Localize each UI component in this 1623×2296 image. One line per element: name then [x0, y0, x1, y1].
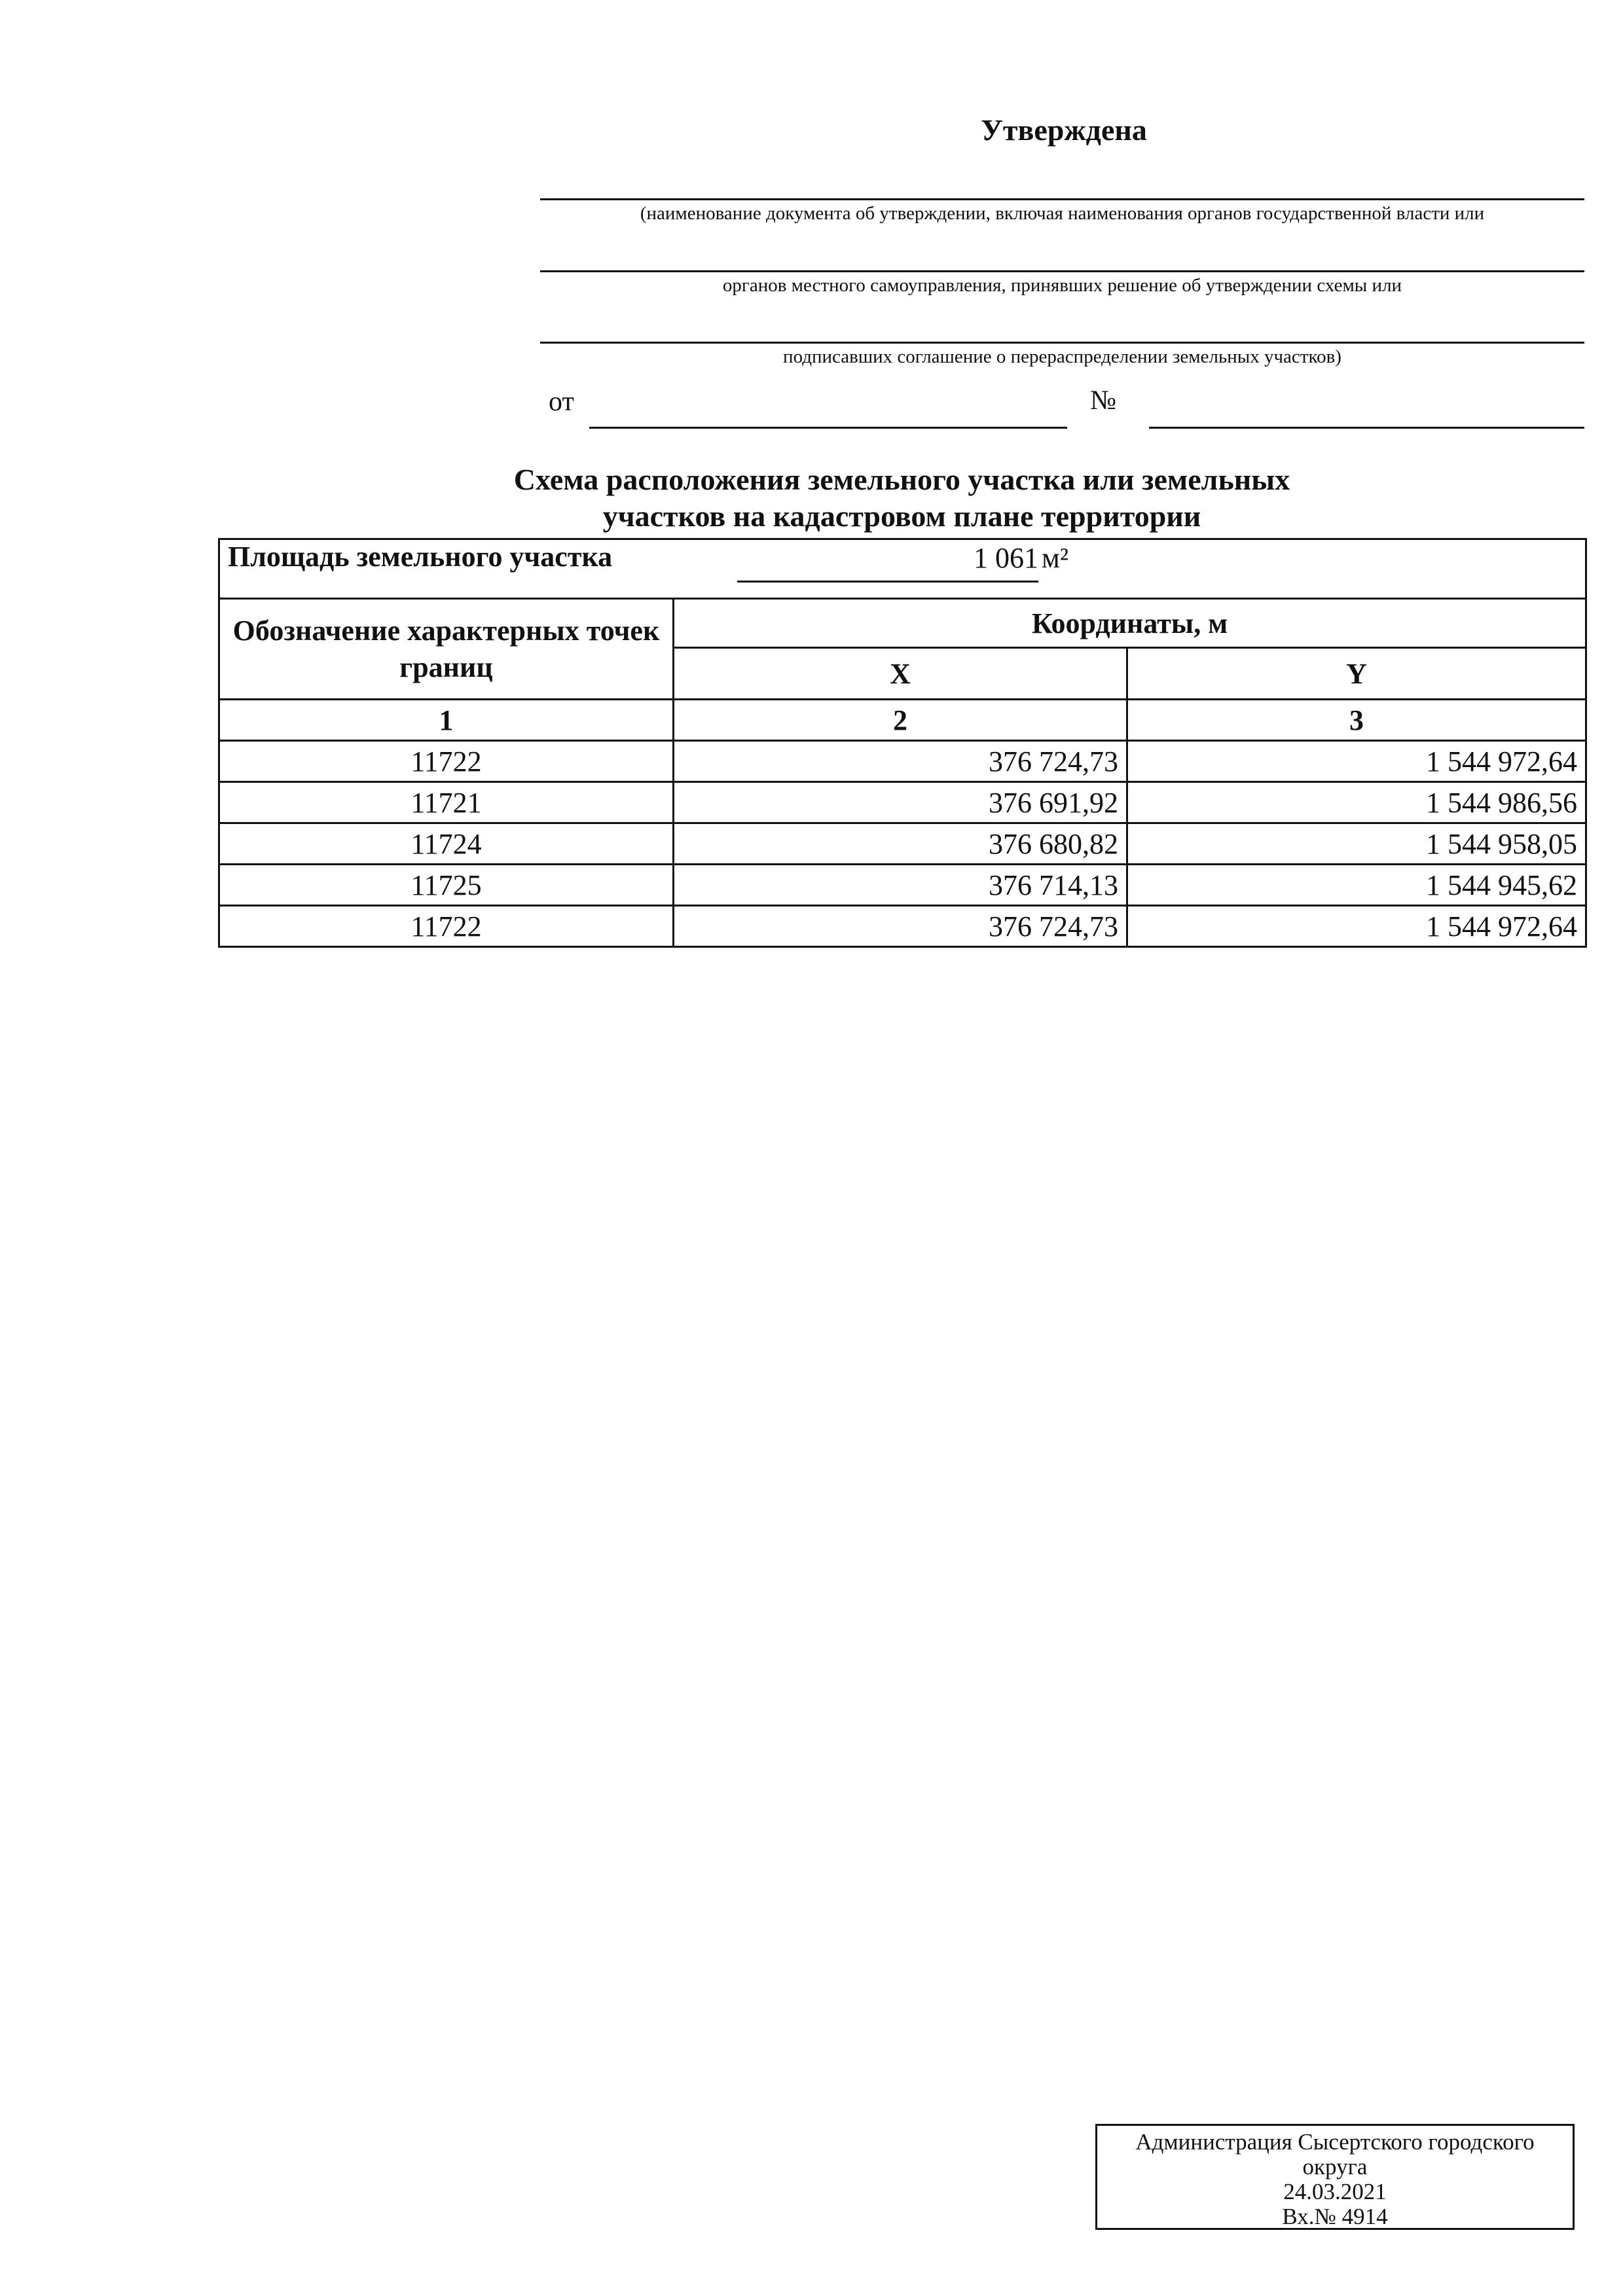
x-cell: 376 714,13 — [674, 865, 1127, 906]
scheme-title-line-2: участков на кадастровом плане территории — [219, 498, 1584, 535]
stamp-organization-line-1: Администрация Сысертского городского — [1097, 2130, 1573, 2155]
column-number-3: 3 — [1127, 700, 1586, 741]
approval-caption-1: (наименование документа об утверждении, … — [540, 203, 1584, 224]
registration-stamp: Администрация Сысертского городского окр… — [1095, 2124, 1575, 2230]
table-row: 11724 376 680,82 1 544 958,05 — [219, 823, 1586, 865]
area-unit: м² — [1042, 541, 1068, 575]
approval-caption-3: подписавших соглашение о перераспределен… — [540, 346, 1584, 368]
table-row: 11721 376 691,92 1 544 986,56 — [219, 782, 1586, 823]
area-cell: Площадь земельного участка 1 061 м² — [219, 539, 1586, 599]
area-row: Площадь земельного участка 1 061 м² — [219, 539, 1586, 599]
point-designation-header: Обозначение характерных точек границ — [219, 599, 674, 700]
y-cell: 1 544 958,05 — [1127, 823, 1586, 865]
table-row: 11722 376 724,73 1 544 972,64 — [219, 906, 1586, 947]
number-label: № — [1090, 385, 1116, 416]
y-cell: 1 544 972,64 — [1127, 741, 1586, 782]
scheme-title-line-1: Схема расположения земельного участка ил… — [219, 461, 1584, 498]
area-value: 1 061 — [737, 541, 1038, 583]
point-cell: 11721 — [219, 782, 674, 823]
scheme-title: Схема расположения земельного участка ил… — [219, 461, 1584, 535]
point-cell: 11722 — [219, 906, 674, 947]
y-cell: 1 544 972,64 — [1127, 906, 1586, 947]
approval-document-line-3 — [540, 342, 1584, 344]
x-cell: 376 724,73 — [674, 741, 1127, 782]
point-cell: 11725 — [219, 865, 674, 906]
stamp-incoming-number: Вх.№ 4914 — [1097, 2204, 1573, 2229]
x-header: X — [674, 648, 1127, 700]
x-cell: 376 724,73 — [674, 906, 1127, 947]
column-number-1: 1 — [219, 700, 674, 741]
point-cell: 11722 — [219, 741, 674, 782]
stamp-date: 24.03.2021 — [1097, 2179, 1573, 2204]
area-label: Площадь земельного участка — [228, 540, 612, 573]
y-cell: 1 544 945,62 — [1127, 865, 1586, 906]
column-number-2: 2 — [674, 700, 1127, 741]
header-row: Обозначение характерных точек границ Коо… — [219, 599, 1586, 648]
x-cell: 376 691,92 — [674, 782, 1127, 823]
y-header: Y — [1127, 648, 1586, 700]
coordinates-table: Площадь земельного участка 1 061 м² Обоз… — [218, 538, 1587, 948]
coordinates-header: Координаты, м — [674, 599, 1586, 648]
x-cell: 376 680,82 — [674, 823, 1127, 865]
y-cell: 1 544 986,56 — [1127, 782, 1586, 823]
approval-document-line-2 — [540, 270, 1584, 272]
approval-caption-2: органов местного самоуправления, принявш… — [540, 275, 1584, 296]
approved-title: Утверждена — [0, 113, 1623, 147]
from-date-field — [589, 427, 1067, 429]
point-cell: 11724 — [219, 823, 674, 865]
number-field — [1149, 427, 1584, 429]
column-number-row: 1 2 3 — [219, 700, 1586, 741]
from-label: от — [549, 386, 574, 418]
stamp-organization-line-2: округа — [1097, 2155, 1573, 2179]
table-row: 11725 376 714,13 1 544 945,62 — [219, 865, 1586, 906]
approval-document-line-1 — [540, 198, 1584, 200]
table-row: 11722 376 724,73 1 544 972,64 — [219, 741, 1586, 782]
